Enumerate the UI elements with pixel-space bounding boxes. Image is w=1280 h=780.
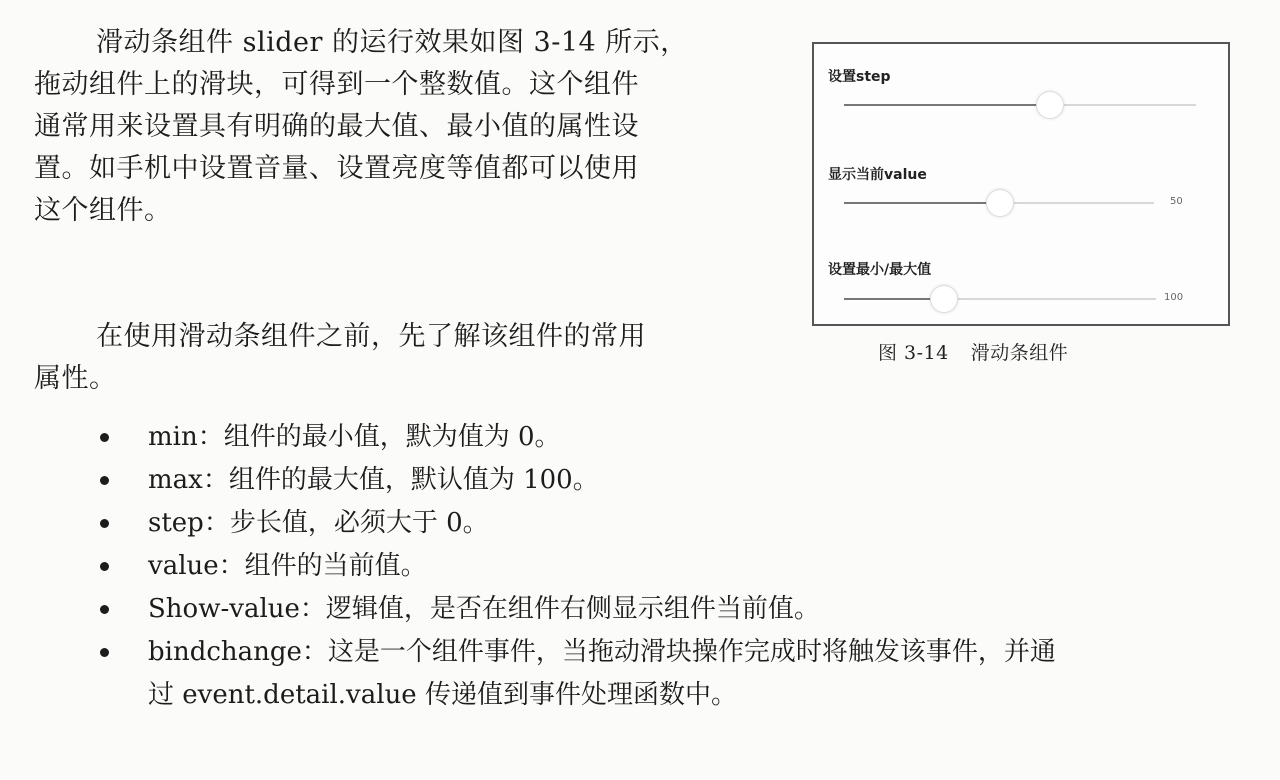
- list-item-step: step：步长值，必须大于 0。: [98, 502, 1268, 545]
- paragraph-line: 滑动条组件 slider 的运行效果如图 3-14 所示，: [34, 22, 774, 64]
- list-item-show-value: Show-value：逻辑值，是否在组件右侧显示组件当前值。: [98, 588, 1268, 631]
- slider-value-display: 50: [1170, 196, 1183, 207]
- paragraph-line: 属性。: [34, 358, 774, 400]
- list-item-text: value：组件的当前值。: [148, 551, 427, 581]
- bullet-icon: [100, 562, 109, 571]
- slider-thumb[interactable]: [930, 285, 958, 313]
- list-item-min: min：组件的最小值，默为值为 0。: [98, 416, 1268, 459]
- slider-label: 设置step: [828, 66, 891, 86]
- list-item-text: max：组件的最大值，默认值为 100。: [148, 465, 599, 495]
- list-item-text: Show-value：逻辑值，是否在组件右侧显示组件当前值。: [148, 594, 820, 624]
- paragraph-line: 通常用来设置具有明确的最大值、最小值的属性设: [34, 106, 774, 148]
- list-item-text: min：组件的最小值，默为值为 0。: [148, 422, 561, 452]
- slider-label: 设置最小/最大值: [828, 259, 931, 279]
- slider-thumb[interactable]: [1036, 91, 1064, 119]
- slider-track-fill: [844, 104, 1050, 106]
- paragraph-line: 这个组件。: [34, 190, 774, 232]
- slider-track-fill: [844, 202, 990, 204]
- list-item-text: step：步长值，必须大于 0。: [148, 508, 489, 538]
- paragraph-line: 在使用滑动条组件之前，先了解该组件的常用: [34, 316, 774, 358]
- slider-figure: 设置step 显示当前value 50 设置最小/最大值 100: [812, 42, 1230, 326]
- bullet-icon: [100, 433, 109, 442]
- bullet-icon: [100, 648, 109, 657]
- paragraph-line: 置。如手机中设置音量、设置亮度等值都可以使用: [34, 148, 774, 190]
- figure-number: 图 3-14: [878, 342, 949, 364]
- properties-intro-paragraph: 在使用滑动条组件之前，先了解该组件的常用 属性。: [34, 316, 774, 400]
- list-item-bindchange: bindchange：这是一个组件事件，当拖动滑块操作完成时将触发该事件，并通 …: [98, 631, 1268, 717]
- intro-paragraph: 滑动条组件 slider 的运行效果如图 3-14 所示， 拖动组件上的滑块，可…: [34, 22, 774, 232]
- bullet-icon: [100, 476, 109, 485]
- slider-track[interactable]: [844, 104, 1196, 106]
- slider-value-display: 100: [1164, 292, 1183, 303]
- slider-label: 显示当前value: [828, 164, 927, 184]
- list-item-text-continued: 过 event.detail.value 传递值到事件处理函数中。: [148, 674, 1268, 717]
- slider-thumb[interactable]: [986, 189, 1014, 217]
- figure-title: 滑动条组件: [971, 342, 1069, 364]
- list-item-max: max：组件的最大值，默认值为 100。: [98, 459, 1268, 502]
- paragraph-line: 拖动组件上的滑块，可得到一个整数值。这个组件: [34, 64, 774, 106]
- property-list: min：组件的最小值，默为值为 0。 max：组件的最大值，默认值为 100。 …: [98, 416, 1268, 717]
- slider-track[interactable]: [844, 298, 1156, 300]
- figure-caption: 图 3-14滑动条组件: [878, 338, 1068, 365]
- list-item-text: bindchange：这是一个组件事件，当拖动滑块操作完成时将触发该事件，并通: [148, 631, 1268, 674]
- bullet-icon: [100, 519, 109, 528]
- bullet-icon: [100, 605, 109, 614]
- slider-track-fill: [844, 298, 932, 300]
- list-item-value: value：组件的当前值。: [98, 545, 1268, 588]
